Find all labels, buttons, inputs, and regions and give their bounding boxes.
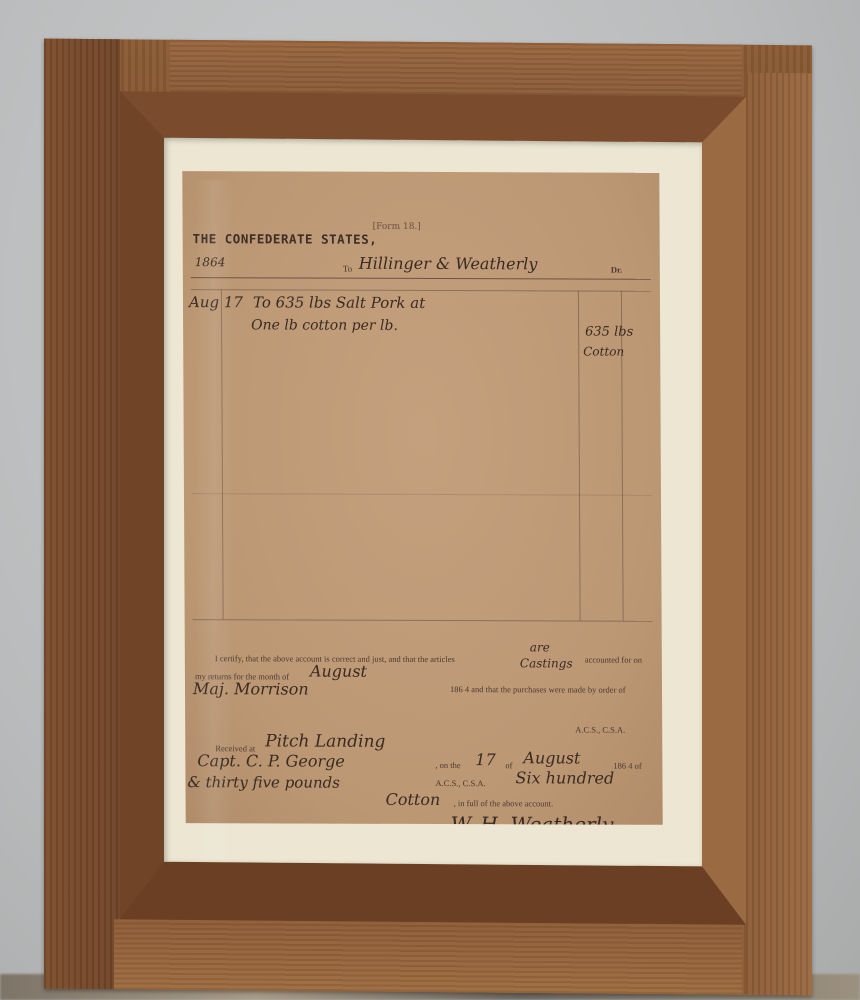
in-full-label: , in full of the above account. [454, 798, 554, 808]
confederate-receipt-document: [Form 18.] THE CONFEDERATE STATES, 1864 … [182, 171, 662, 825]
received-day: 17 [475, 750, 495, 769]
signature-1: W. H. Weatherly [451, 812, 614, 825]
document-heading: THE CONFEDERATE STATES, [193, 231, 378, 247]
payee: Hillinger & Weatherly [359, 254, 538, 274]
received-from: Capt. C. P. George [197, 751, 345, 771]
body-bottom-rule [193, 619, 653, 622]
frame-top-rail [170, 40, 742, 97]
date-column-line [221, 289, 224, 619]
picture-frame: [Form 18.] THE CONFEDERATE STATES, 1864 … [44, 39, 812, 996]
header-rule-2 [191, 289, 651, 292]
faint-rule [192, 493, 652, 496]
item-amount-1: 635 lbs [585, 325, 633, 340]
item-amount-2: Cotton [583, 345, 624, 359]
certify-hand-1: are [530, 640, 550, 654]
item-description-1: To 635 lbs Salt Pork at [253, 293, 425, 312]
amount-column-line [578, 290, 581, 620]
received-year: 186 4 of [613, 761, 641, 771]
to-label: To [343, 264, 352, 274]
certify-signer: Maj. Morrison [193, 679, 309, 698]
acs-label-2: A.C.S., C.S.A. [435, 778, 485, 788]
received-month: August [523, 748, 580, 767]
frame-left-rail [44, 39, 120, 990]
on-the-label: , on the [435, 760, 460, 770]
certify-month: August [310, 662, 367, 681]
received-place: Pitch Landing [265, 731, 385, 751]
certify-hand-2: Castings [520, 656, 573, 670]
year: 1864 [195, 255, 226, 269]
certify-line-2: 186 4 and that the purchases were made b… [450, 684, 626, 695]
amount-words-1: Six hundred [515, 768, 614, 787]
certify-line-1-end: accounted for on [585, 655, 642, 665]
header-rule [191, 277, 651, 280]
item-description-2: One lb cotton per lb. [251, 317, 398, 334]
commodity: Cotton [386, 790, 441, 809]
of-label: of [505, 760, 512, 770]
cents-column-line [621, 291, 624, 621]
amount-words-2: & thirty five pounds [187, 773, 340, 792]
frame-right-rail [746, 73, 812, 996]
frame-bottom-rail [114, 919, 742, 994]
acs-label-1: A.C.S., C.S.A. [575, 724, 625, 734]
dr-label: Dr. [611, 265, 622, 275]
item-date: Aug 17 [189, 293, 243, 311]
form-number: [Form 18.] [373, 222, 421, 232]
